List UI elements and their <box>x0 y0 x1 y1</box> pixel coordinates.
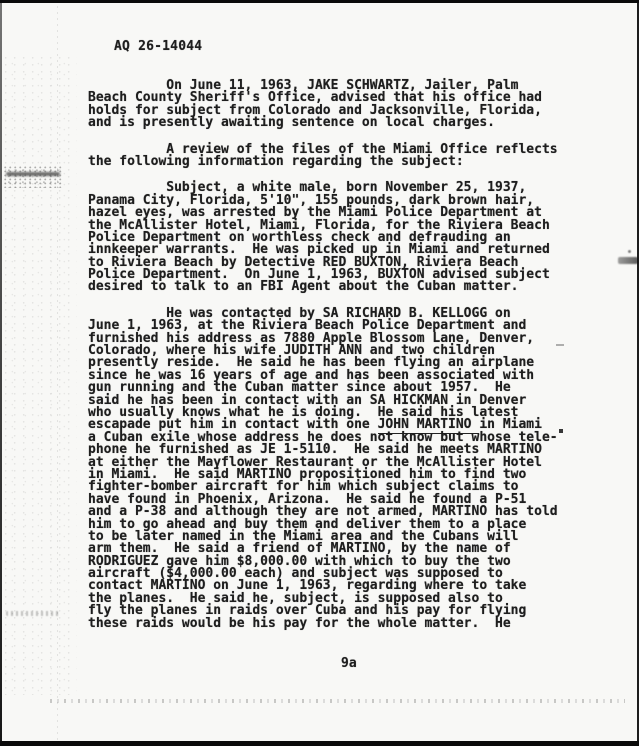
paragraph: Subject, a white male, born November 25,… <box>88 182 558 294</box>
text-line: desired to talk to an FBI Agent about th… <box>88 281 558 293</box>
scan-dotted-band <box>50 699 625 703</box>
page-number: 9a <box>341 656 357 671</box>
case-number: AQ 26-14044 <box>114 39 202 54</box>
text-line: and is presently awaiting sentence on lo… <box>88 117 558 129</box>
text-line: the following information regarding the … <box>88 156 558 168</box>
scanned-document-page: AQ 26-14044 On June 11, 1963, JAKE SCHWA… <box>0 0 639 746</box>
scan-streak-left <box>6 611 60 616</box>
scan-right-smudge <box>618 257 638 264</box>
text-line: these raids would be his pay for the who… <box>88 618 558 630</box>
scan-border-left <box>0 0 2 746</box>
scan-border-top <box>0 0 639 3</box>
scan-speckle-noise <box>3 55 77 695</box>
paragraph: A review of the files of the Miami Offic… <box>88 144 558 169</box>
scan-crease-line <box>57 0 58 746</box>
scan-smudge-core <box>6 172 60 176</box>
scan-smudge-band <box>4 166 62 188</box>
scan-mark-dot <box>559 429 563 433</box>
scan-mark-dash <box>556 344 564 346</box>
document-body: On June 11, 1963, JAKE SCHWARTZ, Jailer,… <box>88 80 558 630</box>
paragraph: He was contacted by SA RICHARD B. KELLOG… <box>88 308 558 630</box>
paragraph: On June 11, 1963, JAKE SCHWARTZ, Jailer,… <box>88 80 558 130</box>
scan-right-smudge-dot <box>628 250 631 253</box>
scan-border-bottom <box>0 741 639 746</box>
